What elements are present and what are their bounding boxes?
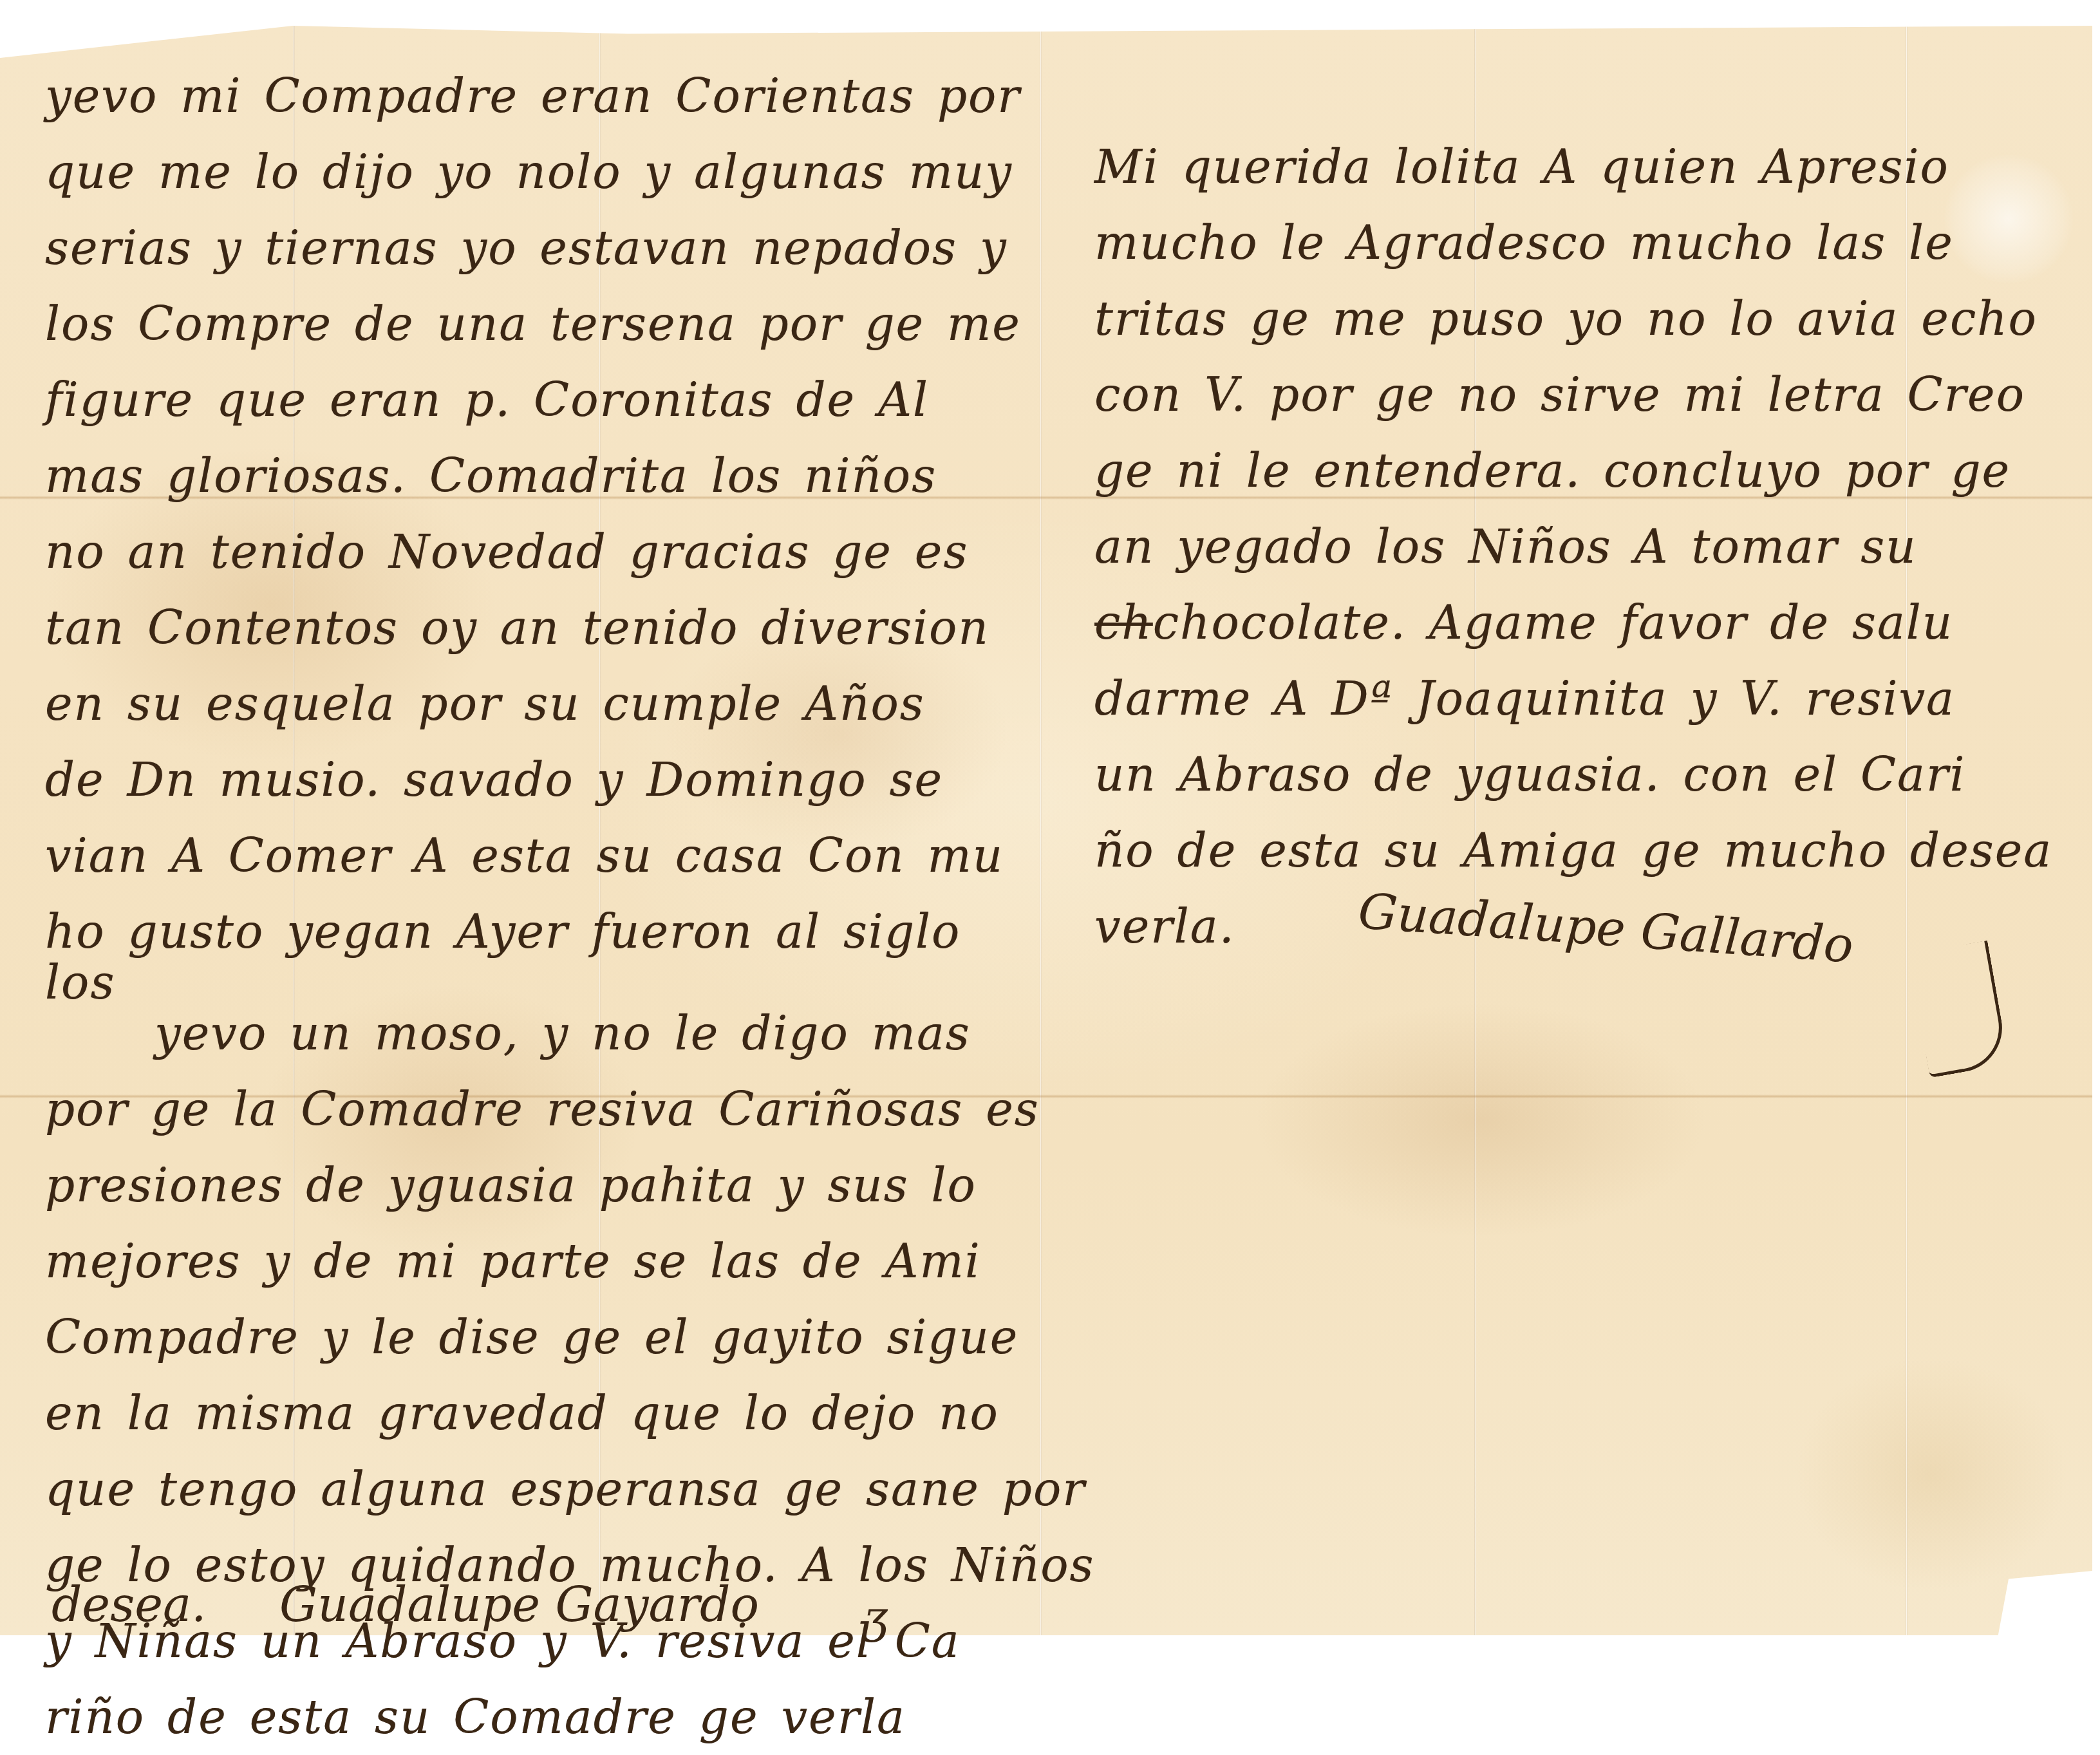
text-line: chchocolate. Agame favor de salu [1094, 585, 2073, 661]
text-line: yevo un moso, y no le digo mas [45, 995, 1049, 1071]
text-line: mejores y de mi parte se las de Ami [45, 1223, 1049, 1299]
text-line: presiones de yguasia pahita y sus lo [45, 1147, 1049, 1223]
text-line: mas gloriosas. Comadrita los niños [45, 438, 1049, 514]
text-line: Compadre y le dise ge el gayito sigue [45, 1299, 1049, 1375]
left-closing-signature: desea. Guadalupe Gayardo [52, 1577, 759, 1633]
signature: Guadalupe Gayardo [279, 1577, 759, 1633]
text-line: an yegado los Niños A tomar su [1094, 509, 2073, 585]
text-line: no an tenido Novedad gracias ge es [45, 514, 1049, 590]
text-line: figure que eran p. Coronitas de Al [45, 362, 1049, 438]
text-line: los Compre de una tersena por ge me [45, 286, 1049, 362]
text-line: un Abraso de yguasia. con el Cari [1094, 737, 2073, 812]
left-page-text: yevo mi Compadre eran Corientas por que … [45, 58, 1049, 1643]
rubric-flourish-icon: ʒ [863, 1590, 888, 1643]
text-line: darme A Dª Joaquinita y V. resiva [1094, 661, 2073, 737]
text-line: por ge la Comadre resiva Cariñosas es [45, 1071, 1049, 1147]
text-line: mucho le Agradesco mucho las le [1094, 205, 2073, 281]
text-line: que tengo alguna esperansa ge sane por [45, 1451, 1049, 1527]
text-line: con V. por ge no sirve mi letra Creo [1094, 357, 2073, 433]
text-line: de Dn musio. savado y Domingo se [45, 742, 1049, 818]
text-line: Mi querida lolita A quien Apresio [1094, 129, 2073, 205]
text-line: en su esquela por su cumple Años [45, 666, 1049, 742]
text-line: que me lo dijo yo nolo y algunas muy [45, 134, 1049, 210]
text-line: ño de esta su Amiga ge mucho desea [1094, 812, 2073, 888]
text-line: en la misma gravedad que lo dejo no [45, 1375, 1049, 1451]
text-line: ho gusto yegan Ayer fueron al siglo [45, 894, 1049, 970]
text-line: los [45, 970, 1049, 995]
text-line: vian A Comer A esta su casa Con mu [45, 818, 1049, 894]
text-line: yevo mi Compadre eran Corientas por [45, 58, 1049, 134]
text-line: tan Contentos oy an tenido diversion [45, 590, 1049, 666]
text-line: tritas ge me puso yo no lo avia echo [1094, 281, 2073, 357]
text-line: ge ni le entendera. concluyo por ge [1094, 433, 2073, 509]
closing-word: desea. [52, 1577, 207, 1633]
right-page-text: Mi querida lolita A quien Apresio mucho … [1094, 129, 2073, 964]
text-line: serias y tiernas yo estavan nepados y [45, 210, 1049, 286]
crossed-out-text: ch [1094, 596, 1153, 650]
